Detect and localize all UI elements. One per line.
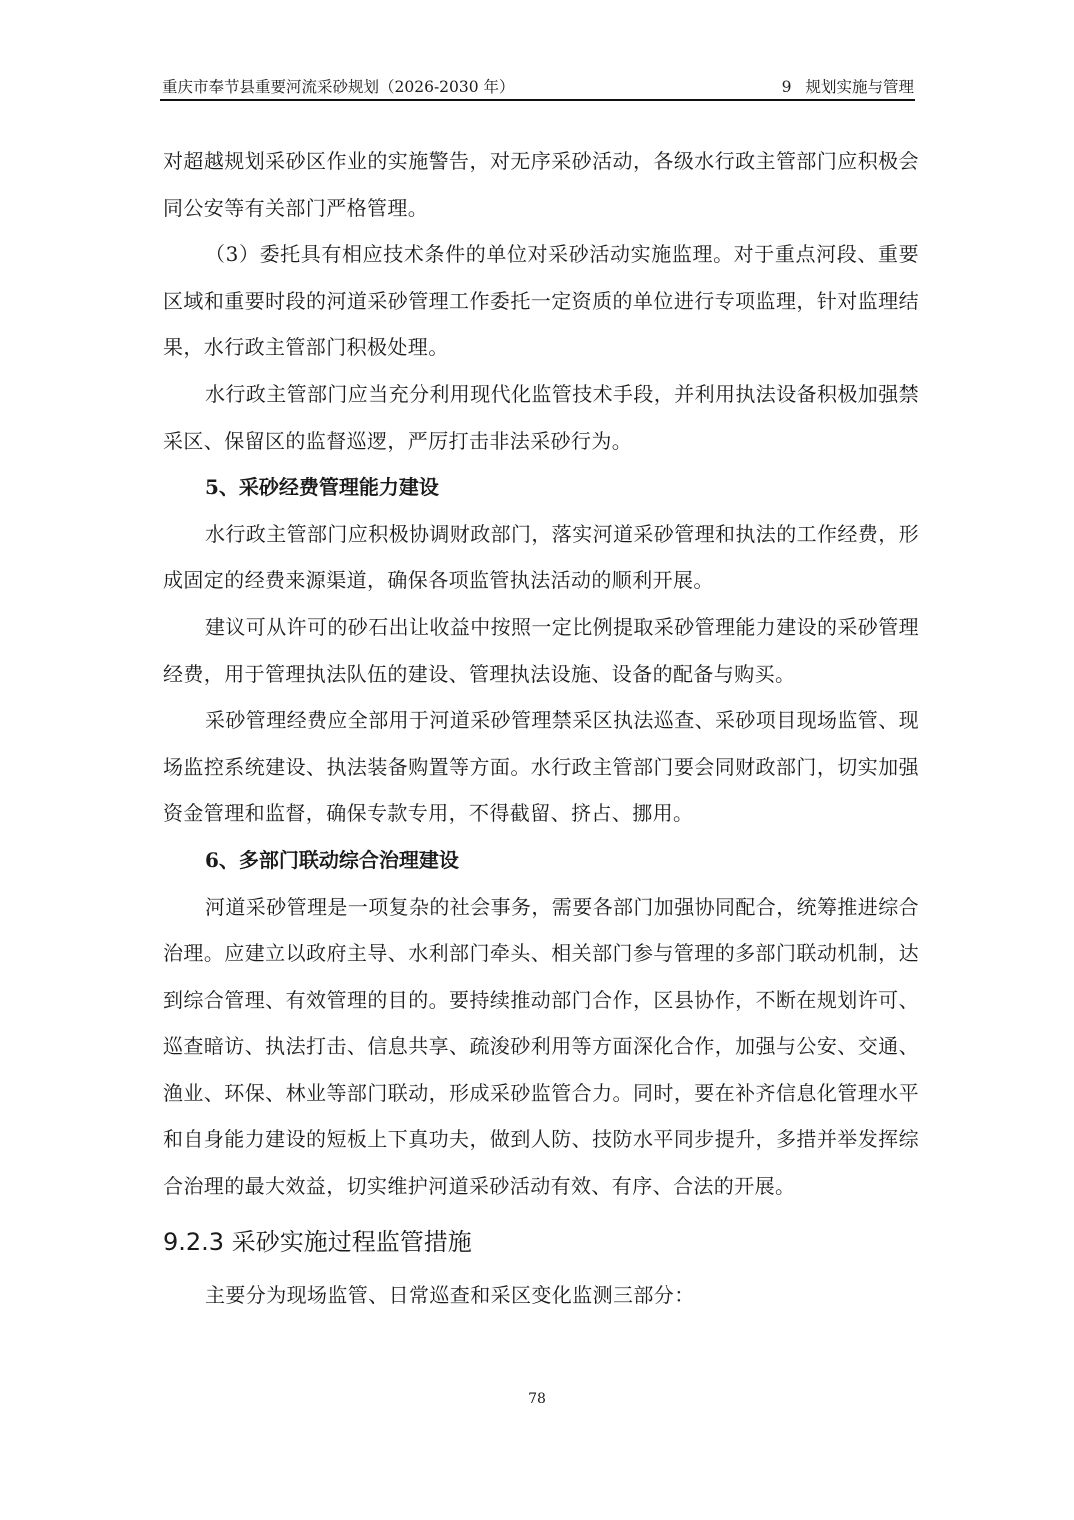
chapter-label: 9规划实施与管理 xyxy=(782,76,914,98)
chapter-title: 规划实施与管理 xyxy=(805,78,914,96)
chapter-number: 9 xyxy=(782,78,792,96)
paragraph-supervision-parts: 主要分为现场监管、日常巡查和采区变化监测三部分： xyxy=(163,1272,919,1319)
paragraph-funding-source: 建议可从许可的砂石出让收益中按照一定比例提取采砂管理能力建设的采砂管理经费，用于… xyxy=(163,604,919,697)
paragraph-modern-supervision: 水行政主管部门应当充分利用现代化监管技术手段，并利用执法设备积极加强禁采区、保留… xyxy=(163,371,919,464)
paragraph-funding-coordination: 水行政主管部门应积极协调财政部门，落实河道采砂管理和执法的工作经费，形成固定的经… xyxy=(163,511,919,604)
document-title: 重庆市奉节县重要河流采砂规划（2026-2030 年） xyxy=(162,76,515,98)
paragraph-multi-department: 河道采砂管理是一项复杂的社会事务，需要各部门加强协同配合，统筹推进综合治理。应建… xyxy=(163,884,919,1210)
section-heading-9-2-3: 9.2.3 采砂实施过程监管措施 xyxy=(163,1228,919,1256)
page-number: 78 xyxy=(0,1390,1074,1408)
subheading-5: 5、采砂经费管理能力建设 xyxy=(163,464,919,511)
page-body: 对超越规划采砂区作业的实施警告，对无序采砂活动，各级水行政主管部门应积极会同公安… xyxy=(163,138,919,1318)
subheading-6: 6、多部门联动综合治理建设 xyxy=(163,837,919,884)
paragraph-funding-usage: 采砂管理经费应全部用于河道采砂管理禁采区执法巡查、采砂项目现场监管、现场监控系统… xyxy=(163,697,919,837)
running-header: 重庆市奉节县重要河流采砂规划（2026-2030 年） 9规划实施与管理 xyxy=(162,76,914,98)
paragraph-continued: 对超越规划采砂区作业的实施警告，对无序采砂活动，各级水行政主管部门应积极会同公安… xyxy=(163,138,919,231)
paragraph-item-3: （3）委托具有相应技术条件的单位对采砂活动实施监理。对于重点河段、重要区域和重要… xyxy=(163,231,919,371)
header-rule xyxy=(160,99,915,101)
